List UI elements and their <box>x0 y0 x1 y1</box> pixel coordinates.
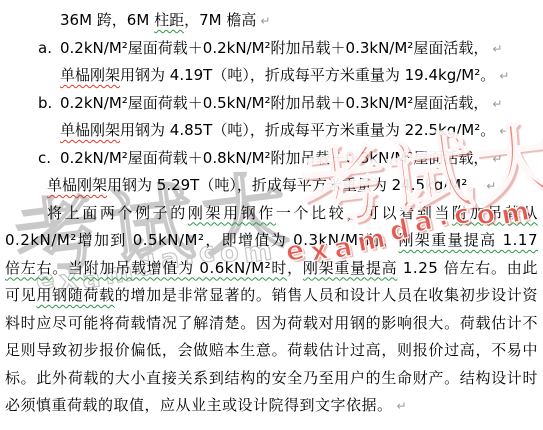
paragraph-mark: ↵ <box>499 124 509 138</box>
paragraph-mark: ↵ <box>397 399 408 413</box>
text-run: 0.2kN/M²屋面荷载＋0.2kN/M²附加吊载＋0.3kN/M²屋面活载， <box>60 39 488 57</box>
list-marker: c. <box>38 145 60 173</box>
list-item-a-load: a.0.2kN/M²屋面荷载＋0.2kN/M²附加吊载＋0.3kN/M²屋面活载… <box>0 35 543 63</box>
grammar-underline-run: 刚架重量提高 <box>303 259 397 277</box>
paragraph-mark: ↵ <box>499 69 509 83</box>
text-run: 用钢为 4.19T（吨），折成每平方米重量为 19.4kg/M²。 <box>120 66 495 84</box>
text-run: 一个比较，可以看到当 <box>276 204 452 222</box>
spellcheck-underline-run: 单榀刚架 <box>47 176 107 194</box>
grammar-underline-run: 柱距 <box>154 11 184 29</box>
text-run: 的增加是非常显著的。销售人员和设计人员在收集初步设计资料时应尽可能将荷载情况了解… <box>5 286 538 414</box>
list-item-b-load: b.0.2kN/M²屋面荷载＋0.5kN/M²附加吊载＋0.3kN/M²屋面活载… <box>0 90 543 118</box>
text-run: 0.2kN/M²增加到 0.5kN/M²，即增值为 0.3kN/M²时， <box>5 231 398 249</box>
list-marker: b. <box>38 90 60 118</box>
text-run: 0.2kN/M²屋面荷载＋0.8kN/M²附加吊载＋0.3kN/M²屋面活载， <box>60 149 488 167</box>
paragraph-mark: ↵ <box>486 179 496 193</box>
document-page: 考试大 examda.com 36M 跨，6M 柱距，7M 檐高↵ a.0.2k… <box>0 0 543 430</box>
text-run: ，7M 檐高 <box>184 11 256 29</box>
grammar-underline-run: 附加吊载从 <box>452 204 538 222</box>
spellcheck-underline-run: 单榀刚架 <box>60 66 120 84</box>
list-marker: a. <box>38 35 60 63</box>
text-run: 36M 跨，6M <box>60 11 154 29</box>
grammar-underline-run: 用钢随荷载 <box>36 286 114 304</box>
paragraph-mark: ↵ <box>260 14 270 28</box>
text-run: ， <box>287 259 303 277</box>
list-item-b-steel: 单榀刚架用钢为 4.85T（吨），折成每平方米重量为 22.5kg/M²。↵ <box>0 117 543 145</box>
heading-line: 36M 跨，6M 柱距，7M 檐高↵ <box>0 7 543 35</box>
paragraph-mark: ↵ <box>492 152 502 166</box>
text-run: 用钢为 5.29T（吨），折成每平方米重量为 24.5kg/M²。 <box>107 176 482 194</box>
list-item-c-load: c.0.2kN/M²屋面荷载＋0.8kN/M²附加吊载＋0.3kN/M²屋面活载… <box>0 145 543 173</box>
text-run: 用钢为 4.85T（吨），折成每平方米重量为 22.5kg/M²。 <box>120 121 495 139</box>
document-body: 36M 跨，6M 柱距，7M 檐高↵ a.0.2kN/M²屋面荷载＋0.2kN/… <box>0 0 543 421</box>
paragraph-mark: ↵ <box>492 97 502 111</box>
grammar-underline-run: 刚架用钢作 <box>188 204 276 222</box>
list-item-a-steel: 单榀刚架用钢为 4.19T（吨），折成每平方米重量为 19.4kg/M²。↵ <box>0 62 543 90</box>
paragraph-mark: ↵ <box>492 42 502 56</box>
text-run: 。 <box>52 259 68 277</box>
text-run: 0.2kN/M²屋面荷载＋0.5kN/M²附加吊载＋0.3kN/M²屋面活载， <box>60 94 488 112</box>
analysis-paragraph: 将上面两个例子的刚架用钢作一个比较，可以看到当附加吊载从 0.2kN/M²增加到… <box>0 200 543 421</box>
spellcheck-underline-run: 单榀刚架 <box>60 121 120 139</box>
text-run: 将上面两个例子的 <box>47 204 188 222</box>
grammar-underline-run: 当附加吊载增值为 0.6kN/M²时 <box>68 259 287 277</box>
list-item-c-steel: 单榀刚架用钢为 5.29T（吨），折成每平方米重量为 24.5kg/M²。↵ <box>0 172 543 200</box>
